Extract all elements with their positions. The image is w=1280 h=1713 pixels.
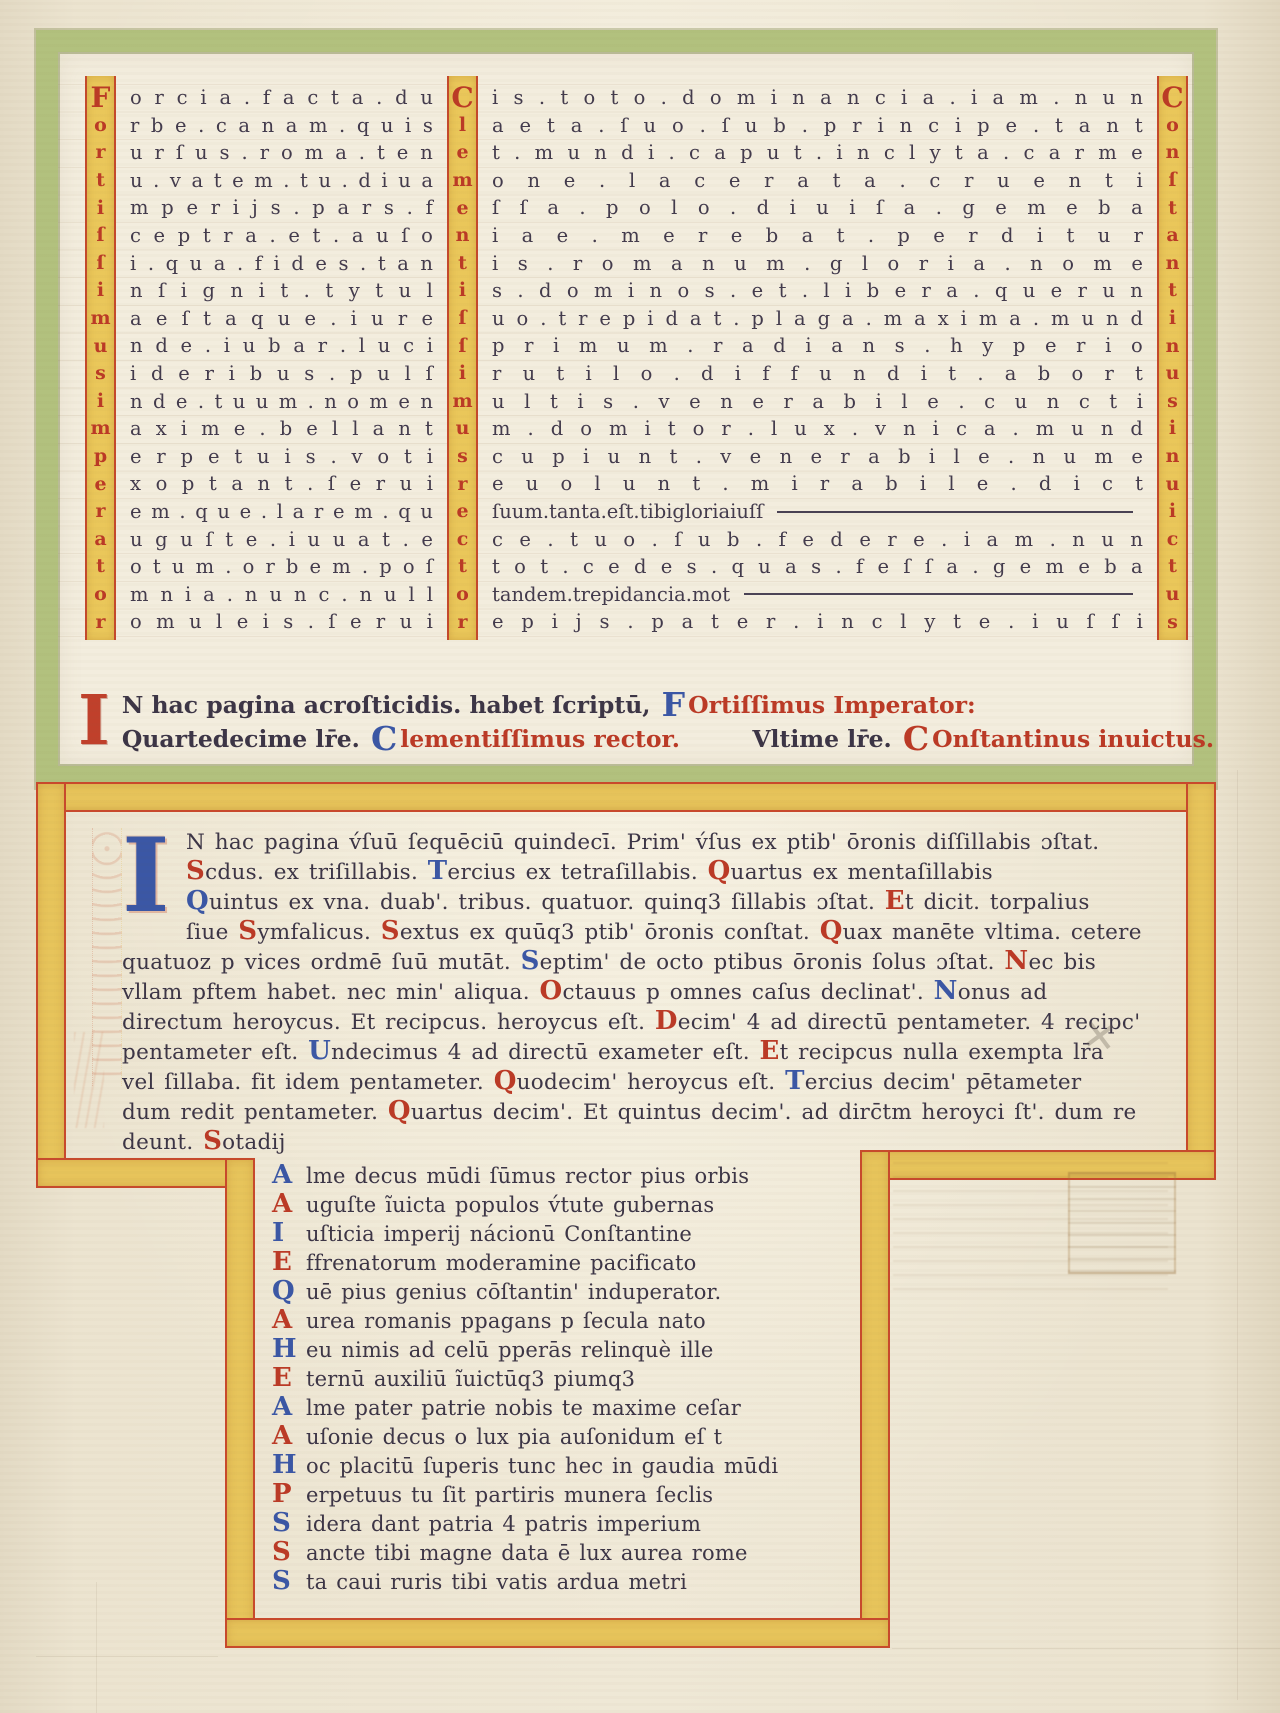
grid-letter: a <box>993 88 1005 108</box>
grid-letter: i <box>964 530 970 550</box>
grid-letter: m <box>1098 143 1117 163</box>
telestic-letter: C <box>1157 84 1188 112</box>
grid-letter: e <box>607 502 619 522</box>
grid-letter: i <box>577 392 583 412</box>
grid-letter: . <box>307 474 313 494</box>
grid-letter: r <box>376 612 385 632</box>
grid-letter: . <box>330 309 336 329</box>
grid-letter: t <box>378 254 386 274</box>
grid-letter: o <box>710 585 722 605</box>
grid-letter: u <box>758 557 771 577</box>
grid-letter: . <box>1011 474 1017 494</box>
poem-line: Sidera dant patria 4 patris imperium <box>272 1510 858 1539</box>
mesostic-letter: i <box>447 281 478 300</box>
grid-letter: a <box>1079 116 1091 136</box>
grid-letter: i <box>771 88 777 108</box>
grid-letter: t <box>214 392 222 412</box>
grid-letter: r <box>205 364 214 384</box>
grid-letter: i <box>971 88 977 108</box>
grid-letter: i <box>933 419 939 439</box>
grid-letter: r <box>492 364 501 384</box>
grid-letter: e <box>154 226 166 246</box>
grid-letter: n <box>1130 530 1143 550</box>
grid-letter: p <box>178 226 190 246</box>
grid-letter: . <box>852 419 858 439</box>
grid-letter: e <box>689 392 701 412</box>
grid-letter: m <box>579 336 598 356</box>
grid-letter: e <box>977 474 989 494</box>
grid-letter: p <box>181 447 193 467</box>
grid-letter: c <box>1079 392 1090 412</box>
grid-letter: u <box>698 530 711 550</box>
grid-letter: l <box>427 281 433 301</box>
mesostic-letter: t <box>447 254 478 273</box>
grid-letter: t <box>779 281 787 301</box>
praefatio-line: vllam pftem habet. nec min' aliqua. Octa… <box>122 978 1152 1008</box>
paragraph-initial: T <box>428 856 448 886</box>
grid-letter: p <box>312 198 324 218</box>
telestic-letter: s <box>1157 613 1188 632</box>
grid-letter: . <box>304 281 310 301</box>
grid-letter: ſ <box>176 143 183 163</box>
grid-letter: n <box>1106 116 1119 136</box>
poem-line: Auſonie decus o lux pia auſonidum eſ t <box>272 1423 858 1452</box>
caption-line1-text: N hac pagina acroſticidis. habet ſcriptū… <box>122 691 651 719</box>
grid-letter: a <box>987 530 999 550</box>
telestic-letter: u <box>1157 364 1188 383</box>
grid-letter: v <box>352 447 363 467</box>
grid-letter: m <box>201 419 220 439</box>
grid-letter: a <box>219 88 231 108</box>
grid-letter: t <box>581 502 589 522</box>
verse-left-half: i.qua.fides.tan <box>120 254 443 274</box>
paragraph-text: eptim' de octo ptibus ōronis ſolus ɔſtat… <box>540 950 1005 975</box>
grid-letter: b <box>844 392 856 412</box>
grid-letter: v <box>875 419 886 439</box>
grid-letter: x <box>156 419 167 439</box>
paragraph-initial: E <box>885 886 905 916</box>
grid-letter: p <box>182 474 194 494</box>
telestic-letter: s <box>1157 392 1188 411</box>
grid-letter: p <box>824 116 836 136</box>
paragraph-text: ndecimus 4 ad directū exameter eſt. <box>331 1040 759 1065</box>
grid-letter: t <box>948 364 956 384</box>
grid-letter: e <box>729 171 741 191</box>
grid-letter: i <box>1137 171 1143 191</box>
grid-letter: d <box>291 254 303 274</box>
grid-letter: . <box>1004 254 1010 274</box>
grid-letter: i <box>901 88 907 108</box>
grid-letter: . <box>592 226 598 246</box>
grid-letter: g <box>962 198 974 218</box>
grid-letter: m <box>1027 198 1046 218</box>
grid-letter: n <box>258 474 271 494</box>
grid-letter: i <box>790 198 796 218</box>
grid-letter: . <box>293 198 299 218</box>
poem-initial: P <box>272 1489 306 1499</box>
grid-letter: . <box>958 392 964 412</box>
acrostic-row: romuleis.ſeruirepijs.pater.inclyte.iuſſi… <box>58 608 1194 636</box>
grid-letter: u <box>1023 281 1036 301</box>
grid-letter: s <box>811 557 821 577</box>
grid-letter: q <box>195 502 207 522</box>
grid-letter: s <box>895 336 905 356</box>
grid-letter: t <box>225 530 233 550</box>
grid-letter: i <box>791 474 797 494</box>
grid-letter: m <box>609 419 628 439</box>
grid-letter: . <box>1053 88 1059 108</box>
verse-right-half: one.lacerata.cruenti <box>482 171 1153 191</box>
grid-letter: r <box>1104 364 1113 384</box>
poem-line: Hoc placitū ſuperis tunc hec in gaudia m… <box>272 1452 858 1481</box>
grid-letter: r <box>964 171 973 191</box>
grid-letter: c <box>956 419 967 439</box>
grid-letter: a <box>352 88 364 108</box>
grid-letter: c <box>318 585 329 605</box>
grid-letter: t <box>300 171 308 191</box>
acrostic-letter: r <box>85 613 116 632</box>
poem-lines: Alme decus mūdi ſūmus rector pius orbisA… <box>272 1162 858 1597</box>
verse-right-half: tot.cedes.quas.feſſa.gemeba <box>482 557 1153 577</box>
grid-letter: a <box>191 171 203 191</box>
grid-letter: a <box>214 254 226 274</box>
grid-letter: a <box>397 254 409 274</box>
grid-letter: n <box>420 392 433 412</box>
mesostic-letter: ſ <box>447 337 478 356</box>
grid-letter: u <box>420 502 433 522</box>
verse-right-half: cupiunt.venerabile.nume <box>482 447 1153 467</box>
grid-letter: a <box>1005 364 1017 384</box>
grid-letter: u <box>130 530 143 550</box>
grid-letter: u <box>257 447 270 467</box>
grid-letter: u <box>1056 612 1069 632</box>
grid-letter: m <box>130 198 149 218</box>
grid-letter: c <box>929 171 940 191</box>
grid-letter: n <box>1072 530 1085 550</box>
verse-left-half: otum.orbem.poſ <box>120 557 443 577</box>
grid-letter: d <box>634 557 646 577</box>
grid-letter: x <box>824 419 835 439</box>
grid-letter: f <box>263 88 270 108</box>
grid-letter: c <box>403 336 414 356</box>
paragraph-text: ec bis <box>1028 950 1096 975</box>
grid-letter: u <box>594 530 607 550</box>
grid-letter: e <box>240 502 252 522</box>
grid-letter: e <box>995 198 1007 218</box>
paragraph-text: directum heroycus. Et recipcus. heroycus… <box>122 1010 655 1035</box>
paragraph-text: onus ad <box>958 980 1048 1005</box>
grid-letter: e <box>237 612 249 632</box>
grid-letter: i <box>735 364 741 384</box>
grid-letter: n <box>702 254 715 274</box>
paragraph-text: quatuoz p vices ordmē ſuū mutāt. <box>122 950 521 975</box>
grid-letter: e <box>310 557 322 577</box>
grid-letter: a <box>659 171 671 191</box>
grid-letter: u <box>180 530 193 550</box>
grid-letter: . <box>547 530 553 550</box>
grid-letter: t <box>1109 392 1117 412</box>
mesostic-letter: ſ <box>447 309 478 328</box>
grid-letter: e <box>186 198 198 218</box>
grid-letter: t <box>209 474 217 494</box>
grid-letter: i <box>1037 226 1043 246</box>
grid-letter: n <box>780 447 793 467</box>
grid-letter: o <box>602 254 614 274</box>
grid-letter: e <box>913 530 925 550</box>
grid-letter: u <box>398 171 411 191</box>
poem-line: Iuſticia imperij nácionū Conſtantine <box>272 1220 858 1249</box>
grid-letter: f <box>255 254 262 274</box>
grid-letter: m <box>524 502 543 522</box>
grid-letter: i <box>289 530 295 550</box>
grid-letter: m <box>254 171 273 191</box>
grid-letter: d <box>887 364 899 384</box>
grid-letter: o <box>639 198 651 218</box>
grid-letter: o <box>492 171 504 191</box>
grid-letter: . <box>244 88 250 108</box>
grid-letter: r <box>318 336 327 356</box>
telestic-letter: n <box>1157 143 1188 162</box>
grid-letter: e <box>895 281 907 301</box>
poem-initial: S <box>272 1547 306 1557</box>
grid-letter: l <box>409 585 415 605</box>
acrostic-letter: m <box>85 419 116 438</box>
grid-letter: r <box>265 557 274 577</box>
grid-letter: . <box>652 530 658 550</box>
paragraph-text: t recipcus nulla exempta lr̄a <box>780 1040 1104 1065</box>
acrostic-row: tu.vatem.tu.diuamone.lacerata.cruentiſ <box>58 167 1194 195</box>
grid-letter: n <box>1047 392 1060 412</box>
grid-letter: e <box>608 557 620 577</box>
grid-letter: . <box>342 171 348 191</box>
poem-text: erpetuus tu ſit partiris munera ſeclis <box>306 1483 713 1507</box>
grid-letter: n <box>420 254 433 274</box>
verse-right-half: ultis.venerabile.cuncti <box>482 392 1153 412</box>
grid-letter: d <box>757 198 769 218</box>
verse-right-half: t.mundi.caput.inclyta.carme <box>482 143 1153 163</box>
grid-letter: u <box>377 364 390 384</box>
grid-letter: . <box>259 419 265 439</box>
grid-letter: c <box>130 226 141 246</box>
grid-letter: u <box>794 419 807 439</box>
grid-letter: s <box>603 392 613 412</box>
grid-letter: b <box>1104 557 1116 577</box>
acrostic-row: exoptant.ſeruireuolunt.mirabile.dictu <box>58 470 1194 498</box>
poem-initial: H <box>272 1460 306 1470</box>
pencil-mark: ✕ <box>1079 1010 1121 1063</box>
grid-letter: e <box>1020 557 1032 577</box>
grid-letter: . <box>924 336 930 356</box>
grid-letter: a <box>820 88 832 108</box>
grid-letter: o <box>130 557 142 577</box>
grid-letter: d <box>551 419 563 439</box>
praefatio-line: pentameter eſt. Undecimus 4 ad directū e… <box>122 1038 1152 1068</box>
grid-letter: m <box>492 419 511 439</box>
paragraph-initial: T <box>785 1066 805 1096</box>
grid-letter: u <box>608 447 621 467</box>
grid-letter: r <box>524 336 533 356</box>
grid-letter: f <box>426 198 433 218</box>
grid-letter: ſ <box>520 198 527 218</box>
grid-letter: a <box>794 309 806 329</box>
grid-letter: a <box>914 309 926 329</box>
verse-right-half: aeta.ſuo.ſub.principe.tant <box>482 116 1153 136</box>
grid-letter: m <box>1093 254 1112 274</box>
poem-initial: Q <box>272 1286 306 1296</box>
paragraph-initial: S <box>238 916 257 946</box>
grid-letter: c <box>307 88 318 108</box>
grid-letter: e <box>208 447 220 467</box>
grid-letter: m <box>737 88 756 108</box>
grid-letter: u <box>623 474 636 494</box>
grid-letter: m <box>649 336 668 356</box>
grid-letter: r <box>398 309 407 329</box>
grid-letter: r <box>968 226 977 246</box>
grid-letter: p <box>623 309 635 329</box>
grid-letter: a <box>682 612 694 632</box>
grid-letter: q <box>357 116 369 136</box>
grid-letter: a <box>812 392 824 412</box>
telestic-letter: n <box>1157 447 1188 466</box>
grid-letter: a <box>742 336 754 356</box>
grid-letter: t <box>833 171 841 191</box>
grid-letter: o <box>130 612 142 632</box>
grid-letter: i <box>427 612 433 632</box>
grid-letter: r <box>703 502 712 522</box>
grid-letter: a <box>571 116 583 136</box>
grid-letter: n <box>862 336 875 356</box>
grid-letter: . <box>1033 309 1039 329</box>
grid-letter: a <box>868 447 880 467</box>
grid-letter: f <box>856 557 863 577</box>
grid-letter: e <box>350 612 362 632</box>
paragraph-initial: O <box>539 976 562 1006</box>
grid-letter: m <box>1046 557 1065 577</box>
grid-letter: b <box>151 116 163 136</box>
poem-line: Eternū auxiliū ĩuictūq3 piumq3 <box>272 1365 858 1394</box>
grid-letter: . <box>179 502 185 522</box>
grid-letter: a <box>718 502 730 522</box>
acrostic-letter: s <box>85 364 116 383</box>
grid-letter: o <box>403 557 415 577</box>
grid-letter: e <box>1066 198 1078 218</box>
poem-text: ta caui ruris tibi vatis ardua metri <box>306 1570 687 1594</box>
grid-letter: d <box>153 392 165 412</box>
poem-text: uſticia imperij nácionū Conſtantine <box>306 1222 692 1246</box>
praefatio-line: N hac pagina v́ſuū ſequēciū quindecī. Pr… <box>122 828 1152 858</box>
grid-letter: e <box>176 392 188 412</box>
grid-letter: b <box>766 226 778 246</box>
grid-letter: o <box>691 502 703 522</box>
grid-letter: n <box>360 585 373 605</box>
grid-letter: n <box>1130 281 1143 301</box>
grid-letter: e <box>1033 171 1045 191</box>
yellow-band-inner-left <box>225 1158 255 1648</box>
grid-letter: n <box>847 88 860 108</box>
praefatio-dropcap: I <box>122 832 178 922</box>
margin-gloss-smudge <box>74 1032 104 1128</box>
grid-letter: e <box>599 309 611 329</box>
acrostic-letter: t <box>85 171 116 190</box>
grid-letter: t <box>722 585 730 605</box>
grid-letter: e <box>130 447 142 467</box>
grid-letter: t <box>558 309 566 329</box>
grid-letter: r <box>820 474 829 494</box>
poem-initial: H <box>272 1344 306 1354</box>
acrostic-row: maxime.bellantum.domitor.lux.vnica.mundi <box>58 415 1194 443</box>
grid-letter: t <box>837 226 845 246</box>
mesostic-letter: u <box>447 419 478 438</box>
grid-letter: . <box>868 226 874 246</box>
grid-letter: p <box>651 612 663 632</box>
grid-letter: c <box>177 88 188 108</box>
grid-letter: i <box>836 143 842 163</box>
line-filler <box>744 593 1133 595</box>
grid-letter: r <box>852 116 861 136</box>
grid-letter: o <box>583 88 595 108</box>
praefatio-line: vel ſillaba. fit idem pentameter. Quodec… <box>122 1068 1152 1098</box>
grid-letter: s <box>220 143 230 163</box>
telestic-letter: ſ <box>1157 171 1188 190</box>
paragraph-initial: S <box>203 1126 222 1156</box>
grid-letter: b <box>898 447 910 467</box>
grid-letter: . <box>866 309 872 329</box>
grid-letter: o <box>698 198 710 218</box>
grid-letter: u <box>997 171 1010 191</box>
grid-letter: m <box>766 254 785 274</box>
grid-letter: u <box>278 309 291 329</box>
paragraph-initial: N <box>1004 946 1028 976</box>
grid-letter: e <box>306 419 318 439</box>
grid-letter: i <box>628 281 634 301</box>
grid-letter: e <box>246 530 258 550</box>
grid-letter: e <box>397 143 409 163</box>
grid-letter: t <box>570 530 578 550</box>
mesostic-letter: o <box>447 585 478 604</box>
grid-letter: u <box>172 557 185 577</box>
grid-letter: e <box>398 392 410 412</box>
grid-letter: u <box>130 171 143 191</box>
grid-letter: c <box>1102 474 1113 494</box>
grid-letter: m <box>279 392 298 412</box>
grid-letter: m <box>1019 88 1038 108</box>
grid-letter: i <box>181 419 187 439</box>
grid-letter: d <box>701 364 713 384</box>
grid-letter: . <box>674 364 680 384</box>
grid-letter: l <box>405 364 411 384</box>
grid-letter: a <box>671 254 683 274</box>
grid-letter: o <box>517 309 529 329</box>
grid-letter: t <box>153 557 161 577</box>
grid-letter: u <box>318 171 331 191</box>
grid-letter: u <box>277 364 290 384</box>
verse-left-half: ceptra.et.auſo <box>120 226 443 246</box>
paragraph-text: vel ſillaba. fit idem pentameter. <box>122 1070 494 1095</box>
grid-letter: j <box>576 612 582 632</box>
grid-letter: i <box>130 254 136 274</box>
grid-letter: e <box>752 281 764 301</box>
grid-letter: . <box>333 226 339 246</box>
verse-left-half: omuleis.ſerui <box>120 612 443 632</box>
telestic-letter: t <box>1157 199 1188 218</box>
grid-letter: n <box>1033 447 1046 467</box>
grid-letter: u <box>736 502 749 522</box>
telestic-letter: u <box>1157 475 1188 494</box>
paragraph-text: t dicit. torpalius <box>905 890 1090 915</box>
grid-letter: r <box>919 254 928 274</box>
grid-letter: s <box>518 254 528 274</box>
grid-letter: a <box>864 171 876 191</box>
